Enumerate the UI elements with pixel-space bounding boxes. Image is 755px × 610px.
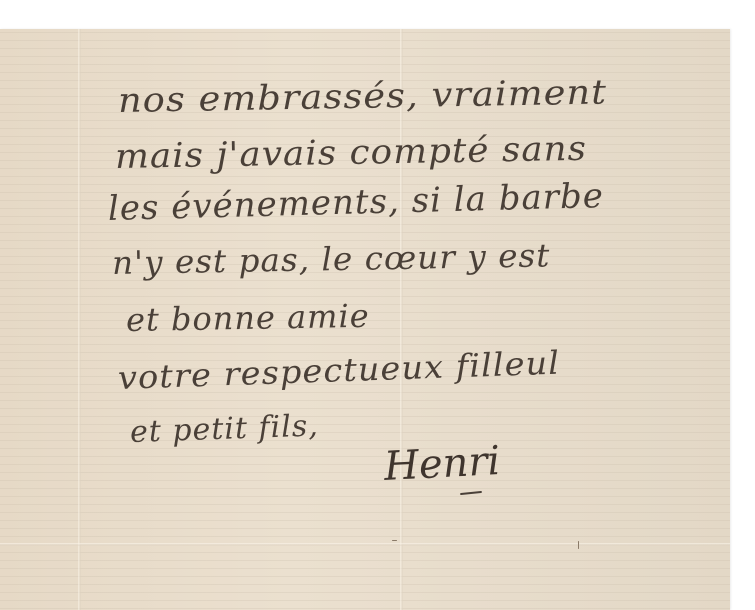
letter-line-7: et petit fils, <box>129 408 319 450</box>
letter-line-5: et bonne amie <box>126 297 370 339</box>
letter-line-3: les événements, si la barbe <box>107 176 604 229</box>
letter-line-4: n'y est pas, le cœur y est <box>112 236 551 282</box>
letter-scan: nos embrassés, vraiment mais j'avais com… <box>0 0 755 610</box>
paper-mark <box>578 541 579 549</box>
fold-line-horizontal <box>0 543 730 546</box>
fold-line-vertical-left <box>78 29 81 610</box>
letter-line-1: nos embrassés, vraiment <box>118 72 608 121</box>
fold-line-vertical-center <box>400 29 403 610</box>
signature-underline <box>460 491 482 495</box>
signature: Henri <box>383 438 501 490</box>
letter-line-2: mais j'avais compté sans <box>115 129 588 177</box>
letter-paper: nos embrassés, vraiment mais j'avais com… <box>0 29 730 610</box>
paper-mark <box>392 540 397 541</box>
letter-line-6: votre respectueux filleul <box>117 344 560 397</box>
